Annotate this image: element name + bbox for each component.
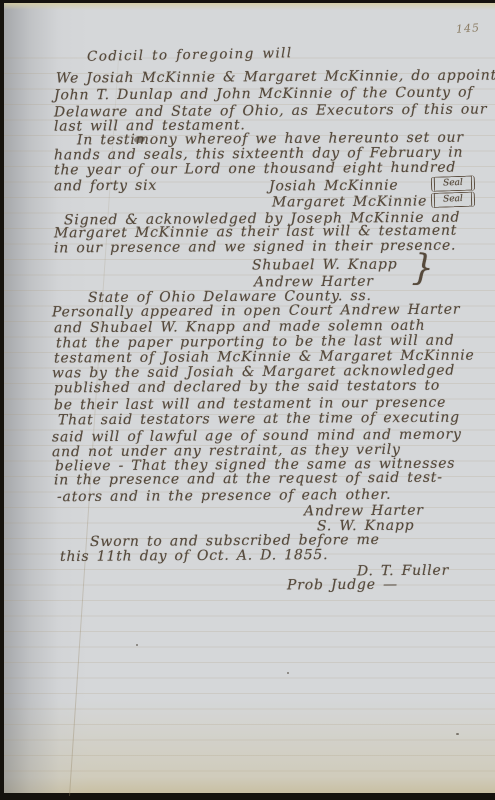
scanned-page: 145 Codicil to foregoing will We Josiah … (0, 0, 495, 800)
paper-speck (136, 644, 138, 646)
handwritten-line: Shubael W. Knapp (252, 257, 398, 272)
handwritten-line: Prob Judge — (287, 578, 398, 593)
handwritten-line: in the presence and at the request of sa… (54, 471, 443, 488)
paper-speck (287, 672, 289, 674)
paper-speck (456, 733, 459, 735)
seal-stamp: Seal (431, 175, 475, 191)
handwritten-line: John T. Dunlap and John McKinnie of the … (54, 86, 473, 103)
handwritten-line: Josiah McKinnieSeal (269, 179, 399, 194)
handwritten-line: this 11th day of Oct. A. D. 1855. (60, 548, 328, 564)
handwritten-line: the year of our Lord one thousand eight … (54, 161, 456, 178)
page-number: 145 (456, 21, 481, 36)
handwritten-line: in our presence and we signed in their p… (54, 239, 456, 256)
paper: 145 Codicil to foregoing will We Josiah … (4, 3, 495, 793)
handwritten-line: Sworn to and subscribed before me (90, 533, 380, 549)
handwritten-line: and forty six (54, 179, 157, 194)
seal-stamp: Seal (431, 192, 475, 208)
handwritten-line: Delaware and State of Ohio, as Executors… (54, 102, 487, 119)
handwritten-line: We Josiah McKinnie & Margaret McKinnie, … (56, 68, 495, 85)
witness-brace: } (411, 249, 435, 288)
handwritten-line: That said testators were at the time of … (58, 411, 460, 428)
handwritten-line: Margaret McKinnieSeal (272, 194, 427, 209)
document-heading: Codicil to foregoing will (87, 45, 293, 65)
handwritten-line: -ators and in the presence of each other… (57, 488, 391, 504)
handwritten-line: Andrew Harter (304, 504, 424, 519)
handwritten-line: published and declared by the said testa… (54, 379, 440, 396)
